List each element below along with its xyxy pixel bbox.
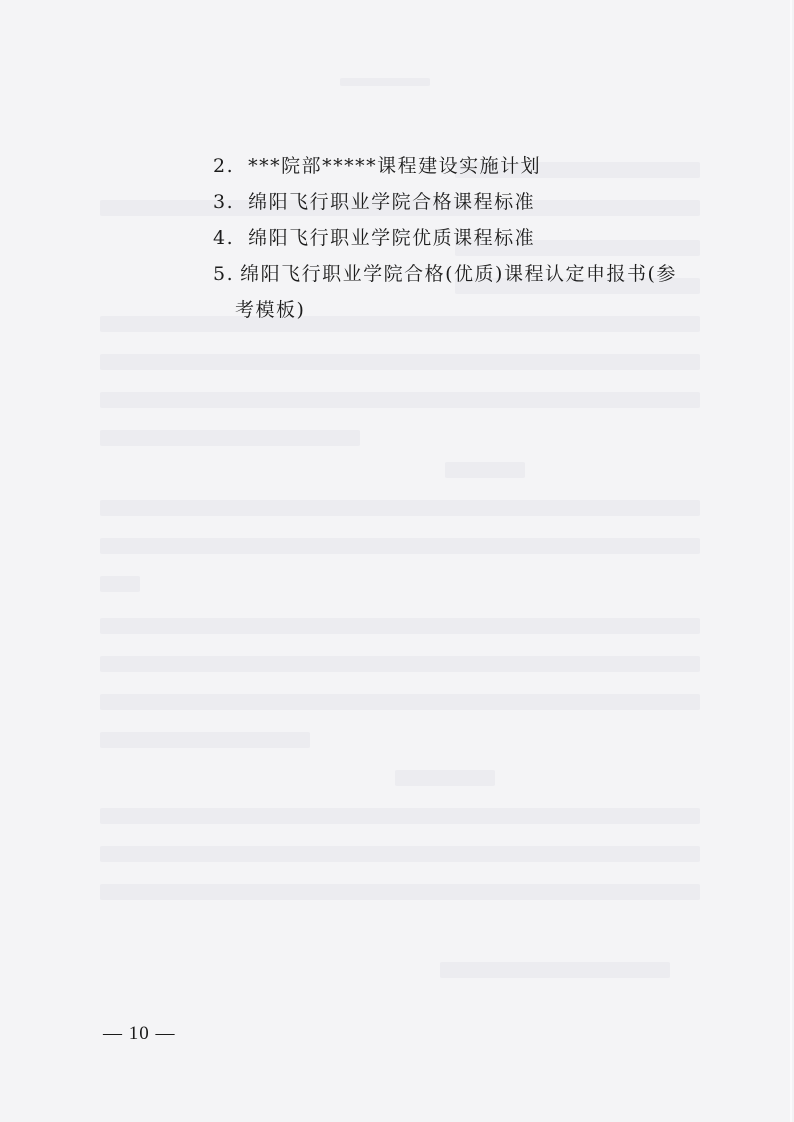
attachment-list: 2.***院部*****课程建设实施计划 3.绵阳飞行职业学院合格课程标准 4.… [213,148,703,328]
attachment-title: 绵阳飞行职业学院合格课程标准 [248,191,535,213]
attachment-number: 2. [213,148,234,184]
attachment-item-4: 4.绵阳飞行职业学院优质课程标准 [213,220,703,256]
attachment-title: 绵阳飞行职业学院合格(优质)课程认定申报书(参 [240,263,677,285]
attachment-item-3: 3.绵阳飞行职业学院合格课程标准 [213,184,703,220]
attachment-number: 5. [213,256,234,292]
attachment-title: ***院部*****课程建设实施计划 [248,155,541,177]
attachment-item-5: 5.绵阳飞行职业学院合格(优质)课程认定申报书(参 [213,256,703,292]
attachment-number: 4. [213,220,234,256]
page-number: — 10 — [103,1023,176,1045]
attachment-title: 绵阳飞行职业学院优质课程标准 [248,227,535,249]
attachment-item-5-continuation: 考模板) [213,292,703,328]
attachment-item-2: 2.***院部*****课程建设实施计划 [213,148,703,184]
attachment-title-continuation: 考模板) [235,299,305,321]
document-page: 2.***院部*****课程建设实施计划 3.绵阳飞行职业学院合格课程标准 4.… [0,0,792,1122]
attachment-number: 3. [213,184,234,220]
